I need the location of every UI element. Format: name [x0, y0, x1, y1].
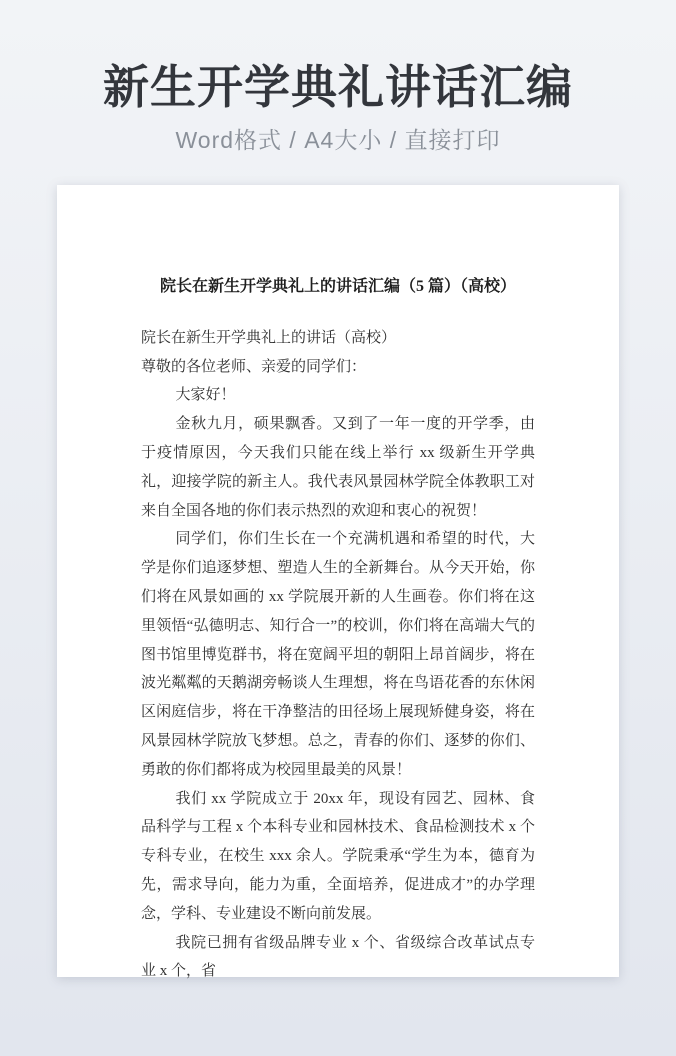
header: 新生开学典礼讲话汇编 Word格式 / A4大小 / 直接打印	[0, 0, 676, 155]
paragraph: 我们 xx 学院成立于 20xx 年，现设有园艺、园林、食品科学与工程 x 个本…	[141, 785, 535, 929]
document-body: 院长在新生开学典礼上的讲话（高校）尊敬的各位老师、亲爱的同学们：大家好！金秋九月…	[141, 324, 535, 986]
paragraph: 同学们，你们生长在一个充满机遇和希望的时代，大学是你们追逐梦想、塑造人生的全新舞…	[141, 525, 535, 784]
paragraph: 我院已拥有省级品牌专业 x 个、省级综合改革试点专业 x 个，省	[141, 929, 535, 987]
page-background: { "header": { "title": "新生开学典礼讲话汇编", "su…	[0, 0, 676, 1056]
paragraph: 院长在新生开学典礼上的讲话（高校）	[141, 324, 535, 353]
document-title: 院长在新生开学典礼上的讲话汇编（5 篇）（高校）	[57, 185, 619, 302]
page-subtitle: Word格式 / A4大小 / 直接打印	[0, 122, 676, 155]
paragraph: 尊敬的各位老师、亲爱的同学们：	[141, 353, 535, 382]
paragraph: 大家好！	[141, 381, 535, 410]
page-title: 新生开学典礼讲话汇编	[0, 62, 676, 113]
paragraph: 金秋九月，硕果飘香。又到了一年一度的开学季，由于疫情原因，今天我们只能在线上举行…	[141, 410, 535, 525]
document-page-preview: 院长在新生开学典礼上的讲话汇编（5 篇）（高校） 院长在新生开学典礼上的讲话（高…	[57, 185, 619, 977]
